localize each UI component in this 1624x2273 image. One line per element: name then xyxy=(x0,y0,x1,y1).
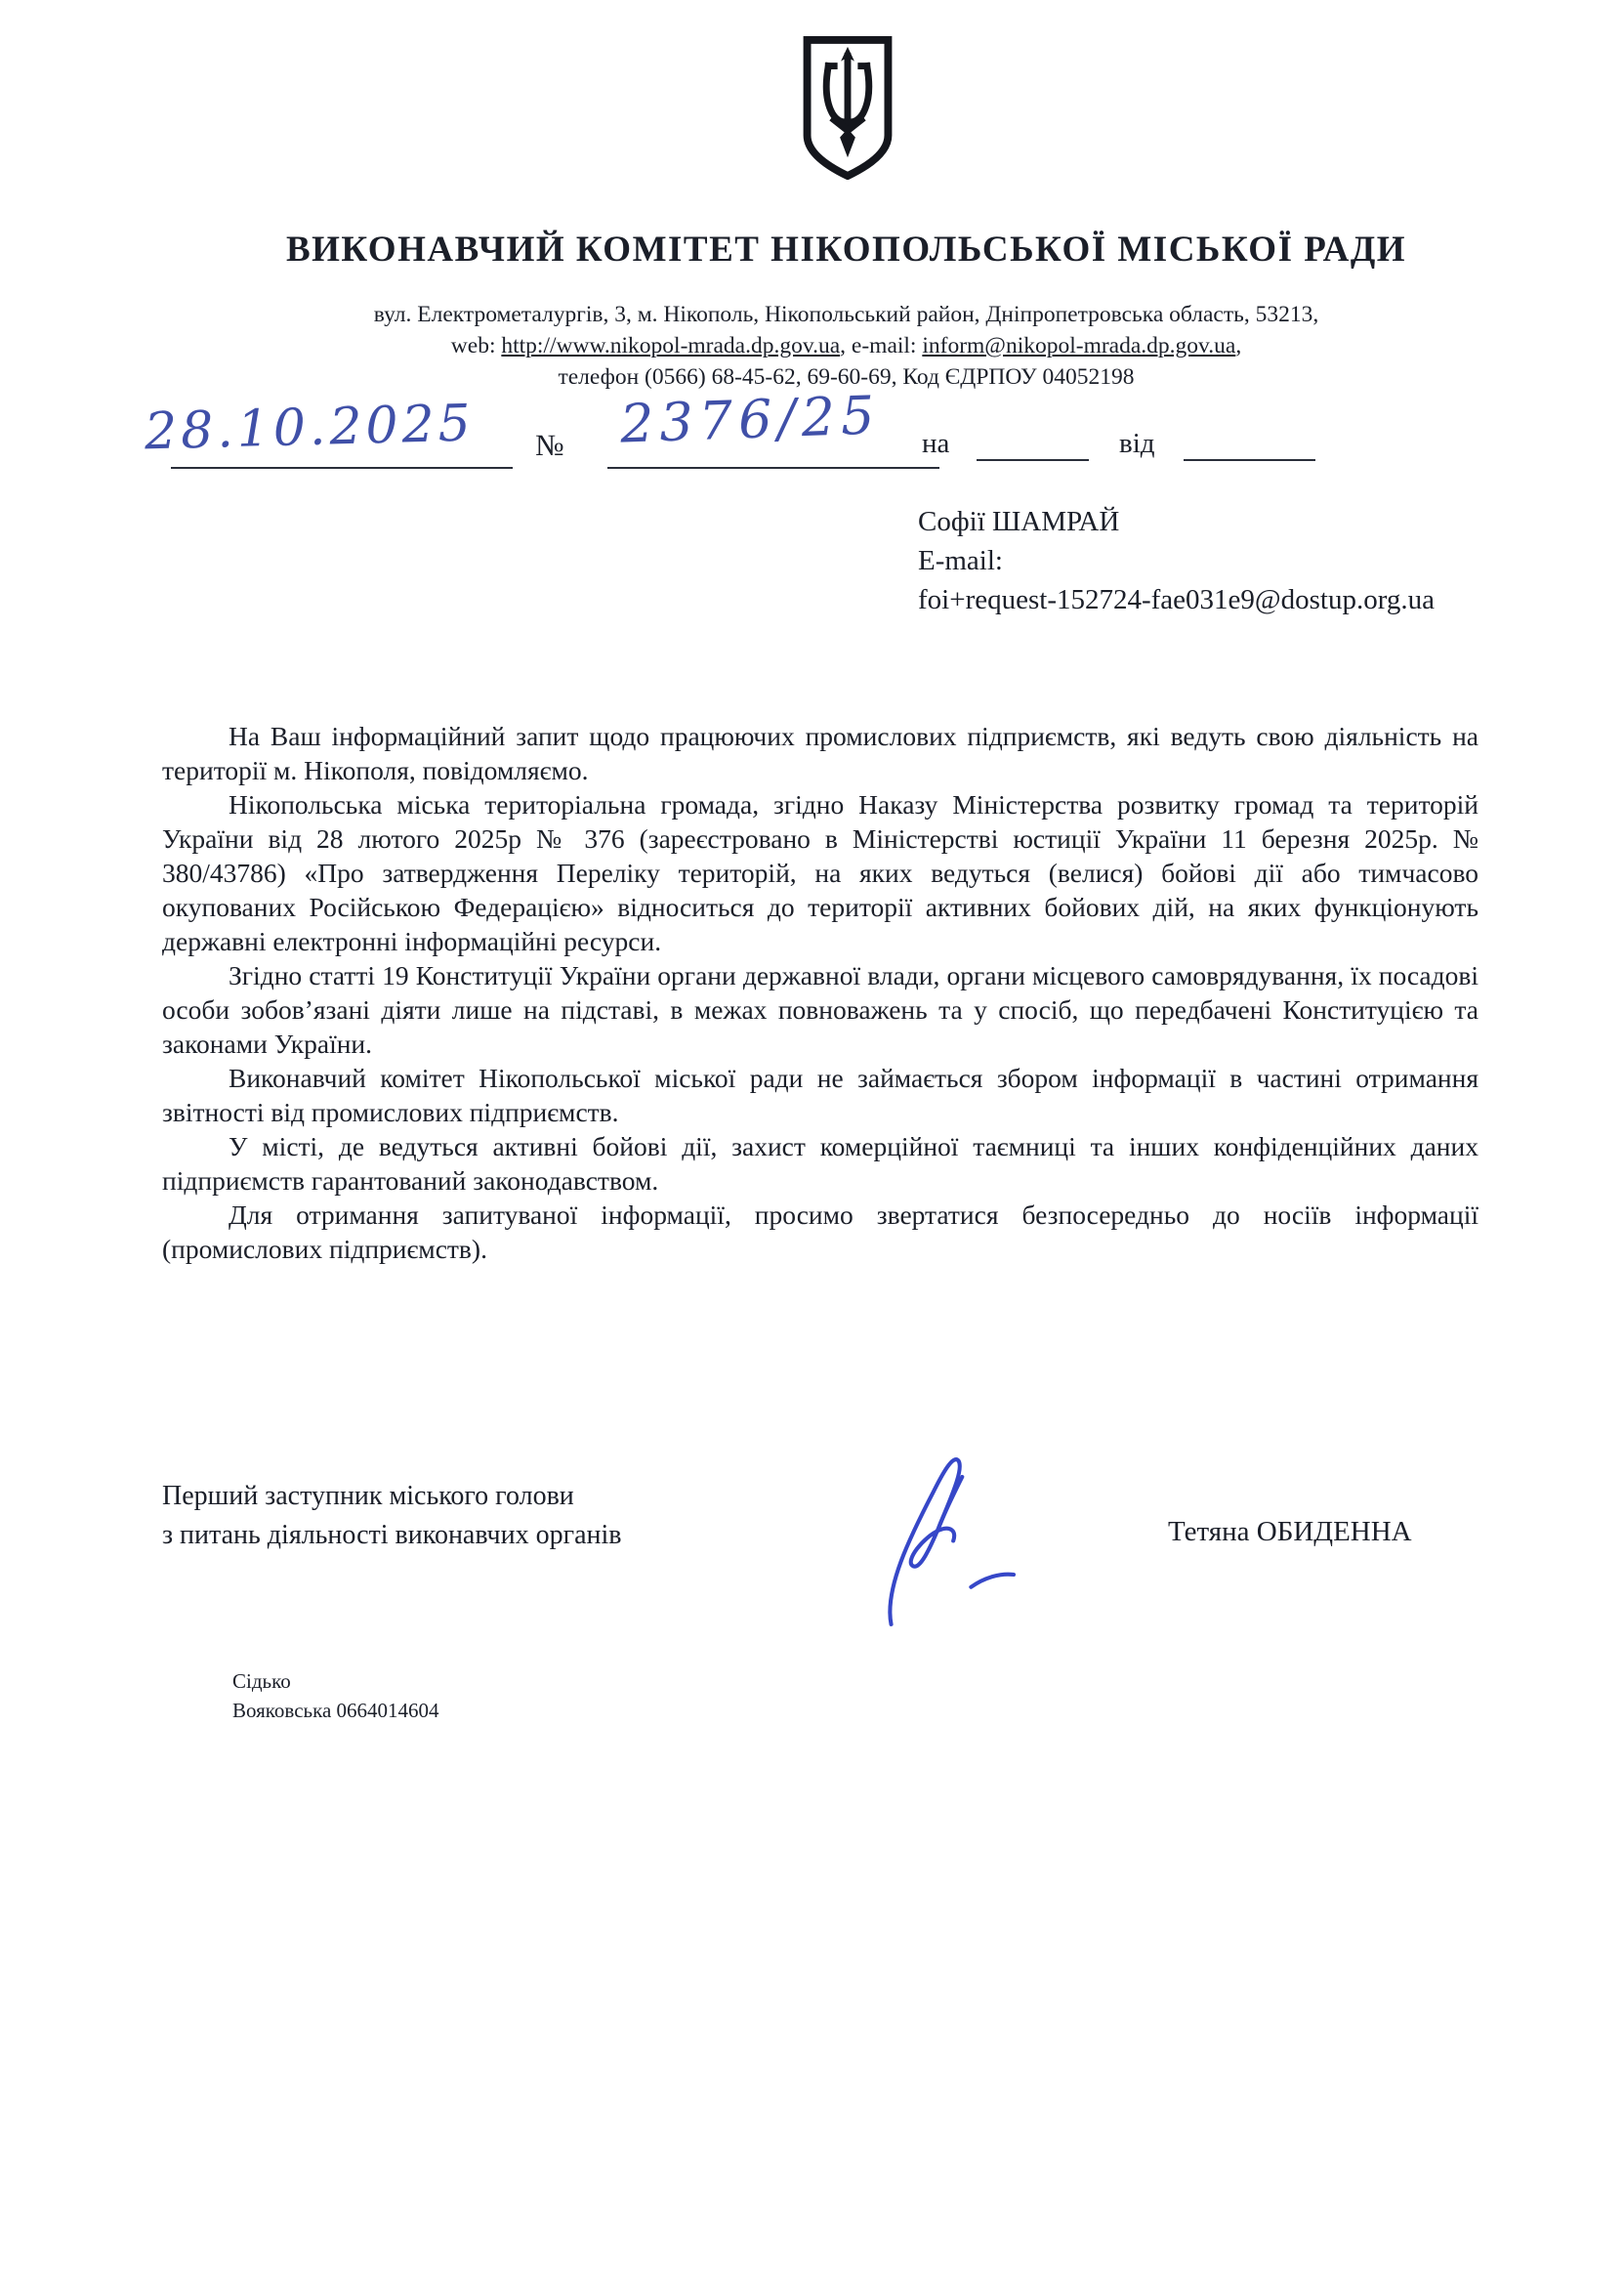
recipient-block: Софії ШАМРАЙ E-mail: foi+request-152724-… xyxy=(918,502,1435,619)
body-paragraph: Нікопольська міська територіальна громад… xyxy=(162,787,1478,958)
web-label: web: xyxy=(451,333,502,358)
vid-label: від xyxy=(1119,428,1155,460)
handwritten-date: 28.10.2025 xyxy=(144,395,475,462)
email-sep: , e-mail: xyxy=(840,333,922,358)
org-name: ВИКОНАВЧИЙ КОМІТЕТ НІКОПОЛЬСЬКОЇ МІСЬКОЇ… xyxy=(68,229,1624,271)
date-underline xyxy=(171,467,513,469)
handwritten-signature xyxy=(857,1438,1053,1633)
na-label: на xyxy=(922,428,949,460)
body-paragraph: Згідно статті 19 Конституції України орг… xyxy=(162,958,1478,1061)
signer-name: Тетяна ОБИДЕННА xyxy=(1168,1516,1412,1548)
website-link: http://www.nikopol-mrada.dp.gov.ua xyxy=(501,333,840,358)
line2-tail: , xyxy=(1235,333,1241,358)
tryzub-emblem xyxy=(799,35,896,180)
na-blank-underline xyxy=(977,459,1089,461)
recipient-email-label: E-mail: xyxy=(918,541,1435,580)
executor-name: Сідько xyxy=(232,1666,439,1696)
signer-title-line-2: з питань діяльності виконавчих органів xyxy=(162,1516,621,1555)
recipient-name: Софії ШАМРАЙ xyxy=(918,502,1435,541)
org-email-link: inform@nikopol-mrada.dp.gov.ua xyxy=(922,333,1235,358)
letter-body: На Ваш інформаційний запит щодо працюючи… xyxy=(162,719,1478,1266)
body-paragraph: У місті, де ведуться активні бойові дії,… xyxy=(162,1129,1478,1198)
letterhead-address: вул. Електрометалургів, 3, м. Нікополь, … xyxy=(68,299,1624,393)
body-paragraph: Для отримання запитуваної інформації, пр… xyxy=(162,1198,1478,1266)
number-sign: № xyxy=(535,428,564,463)
number-underline xyxy=(607,467,939,469)
body-paragraph: Виконавчий комітет Нікопольської міської… xyxy=(162,1061,1478,1129)
letter-page: ВИКОНАВЧИЙ КОМІТЕТ НІКОПОЛЬСЬКОЇ МІСЬКОЇ… xyxy=(0,0,1624,2273)
signer-title: Перший заступник міського голови з питан… xyxy=(162,1477,621,1555)
address-line-1: вул. Електрометалургів, 3, м. Нікополь, … xyxy=(68,299,1624,330)
executor-contact: Вояковська 0664014604 xyxy=(232,1696,439,1725)
body-paragraph: На Ваш інформаційний запит щодо працюючи… xyxy=(162,719,1478,787)
handwritten-number: 2376/25 xyxy=(619,384,881,454)
recipient-email: foi+request-152724-fae031e9@dostup.org.u… xyxy=(918,580,1435,619)
vid-blank-underline xyxy=(1184,459,1315,461)
signer-title-line-1: Перший заступник міського голови xyxy=(162,1477,621,1516)
address-line-2: web: http://www.nikopol-mrada.dp.gov.ua,… xyxy=(68,330,1624,361)
executor-block: Сідько Вояковська 0664014604 xyxy=(232,1666,439,1725)
